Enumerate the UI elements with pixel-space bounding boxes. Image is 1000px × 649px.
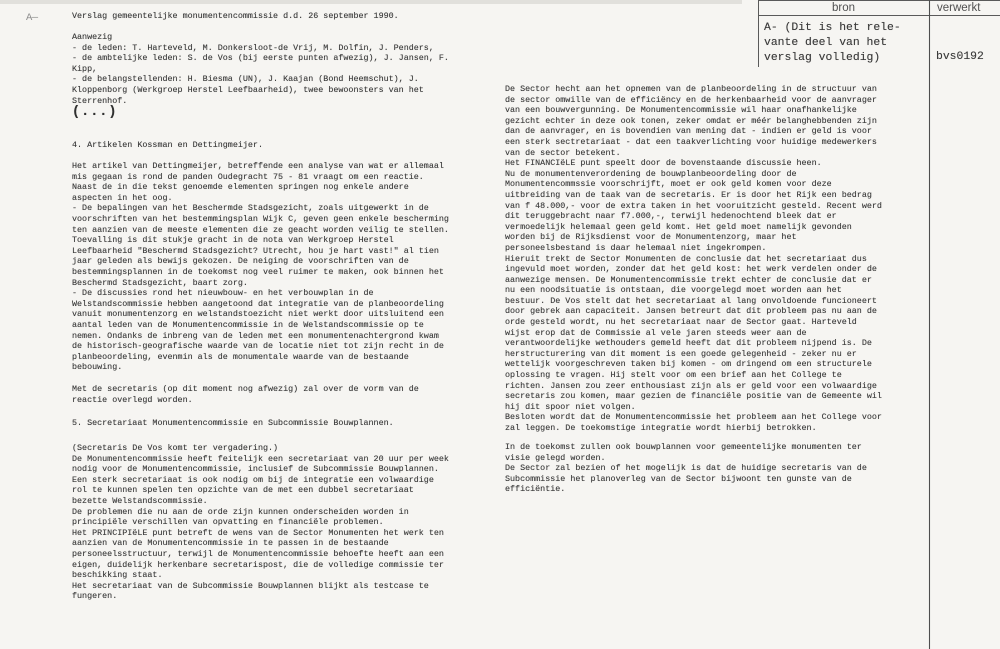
section-4-heading: 4. Artikelen Kossman en Dettingmeijer. — [72, 140, 263, 151]
document-page: { "page": { "margin_mark": "A—", "paper_… — [0, 0, 1000, 649]
column-header-verwerkt: verwerkt — [937, 2, 980, 14]
section-5-heading: 5. Secretariaat Monumentencommissie en S… — [72, 418, 394, 429]
left-column: Verslag gemeentelijke monumentencommissi… — [72, 0, 476, 649]
section-4-paragraph: Het artikel van Dettingmeijer, betreffen… — [72, 161, 449, 373]
margin-mark: A— — [26, 12, 38, 24]
attendees-block: Aanwezig - de leden: T. Harteveld, M. Do… — [72, 32, 449, 106]
omission-mark: (...) — [72, 106, 118, 120]
section-5-paragraph: (Secretaris De Vos komt ter vergadering.… — [72, 443, 449, 602]
section-5-final-paragraph: In de toekomst zullen ook bouwplannen vo… — [505, 442, 867, 495]
section-5-discussion-paragraph: De Sector hecht aan het opnemen van de p… — [505, 84, 882, 434]
section-4-closing-paragraph: Met de secretaris (op dit moment nog afw… — [72, 384, 419, 405]
right-column: De Sector hecht aan het opnemen van de p… — [505, 0, 905, 649]
document-code: bvs0192 — [936, 50, 984, 65]
document-title: Verslag gemeentelijke monumentencommissi… — [72, 11, 399, 22]
verwerkt-column-divider — [929, 0, 930, 649]
